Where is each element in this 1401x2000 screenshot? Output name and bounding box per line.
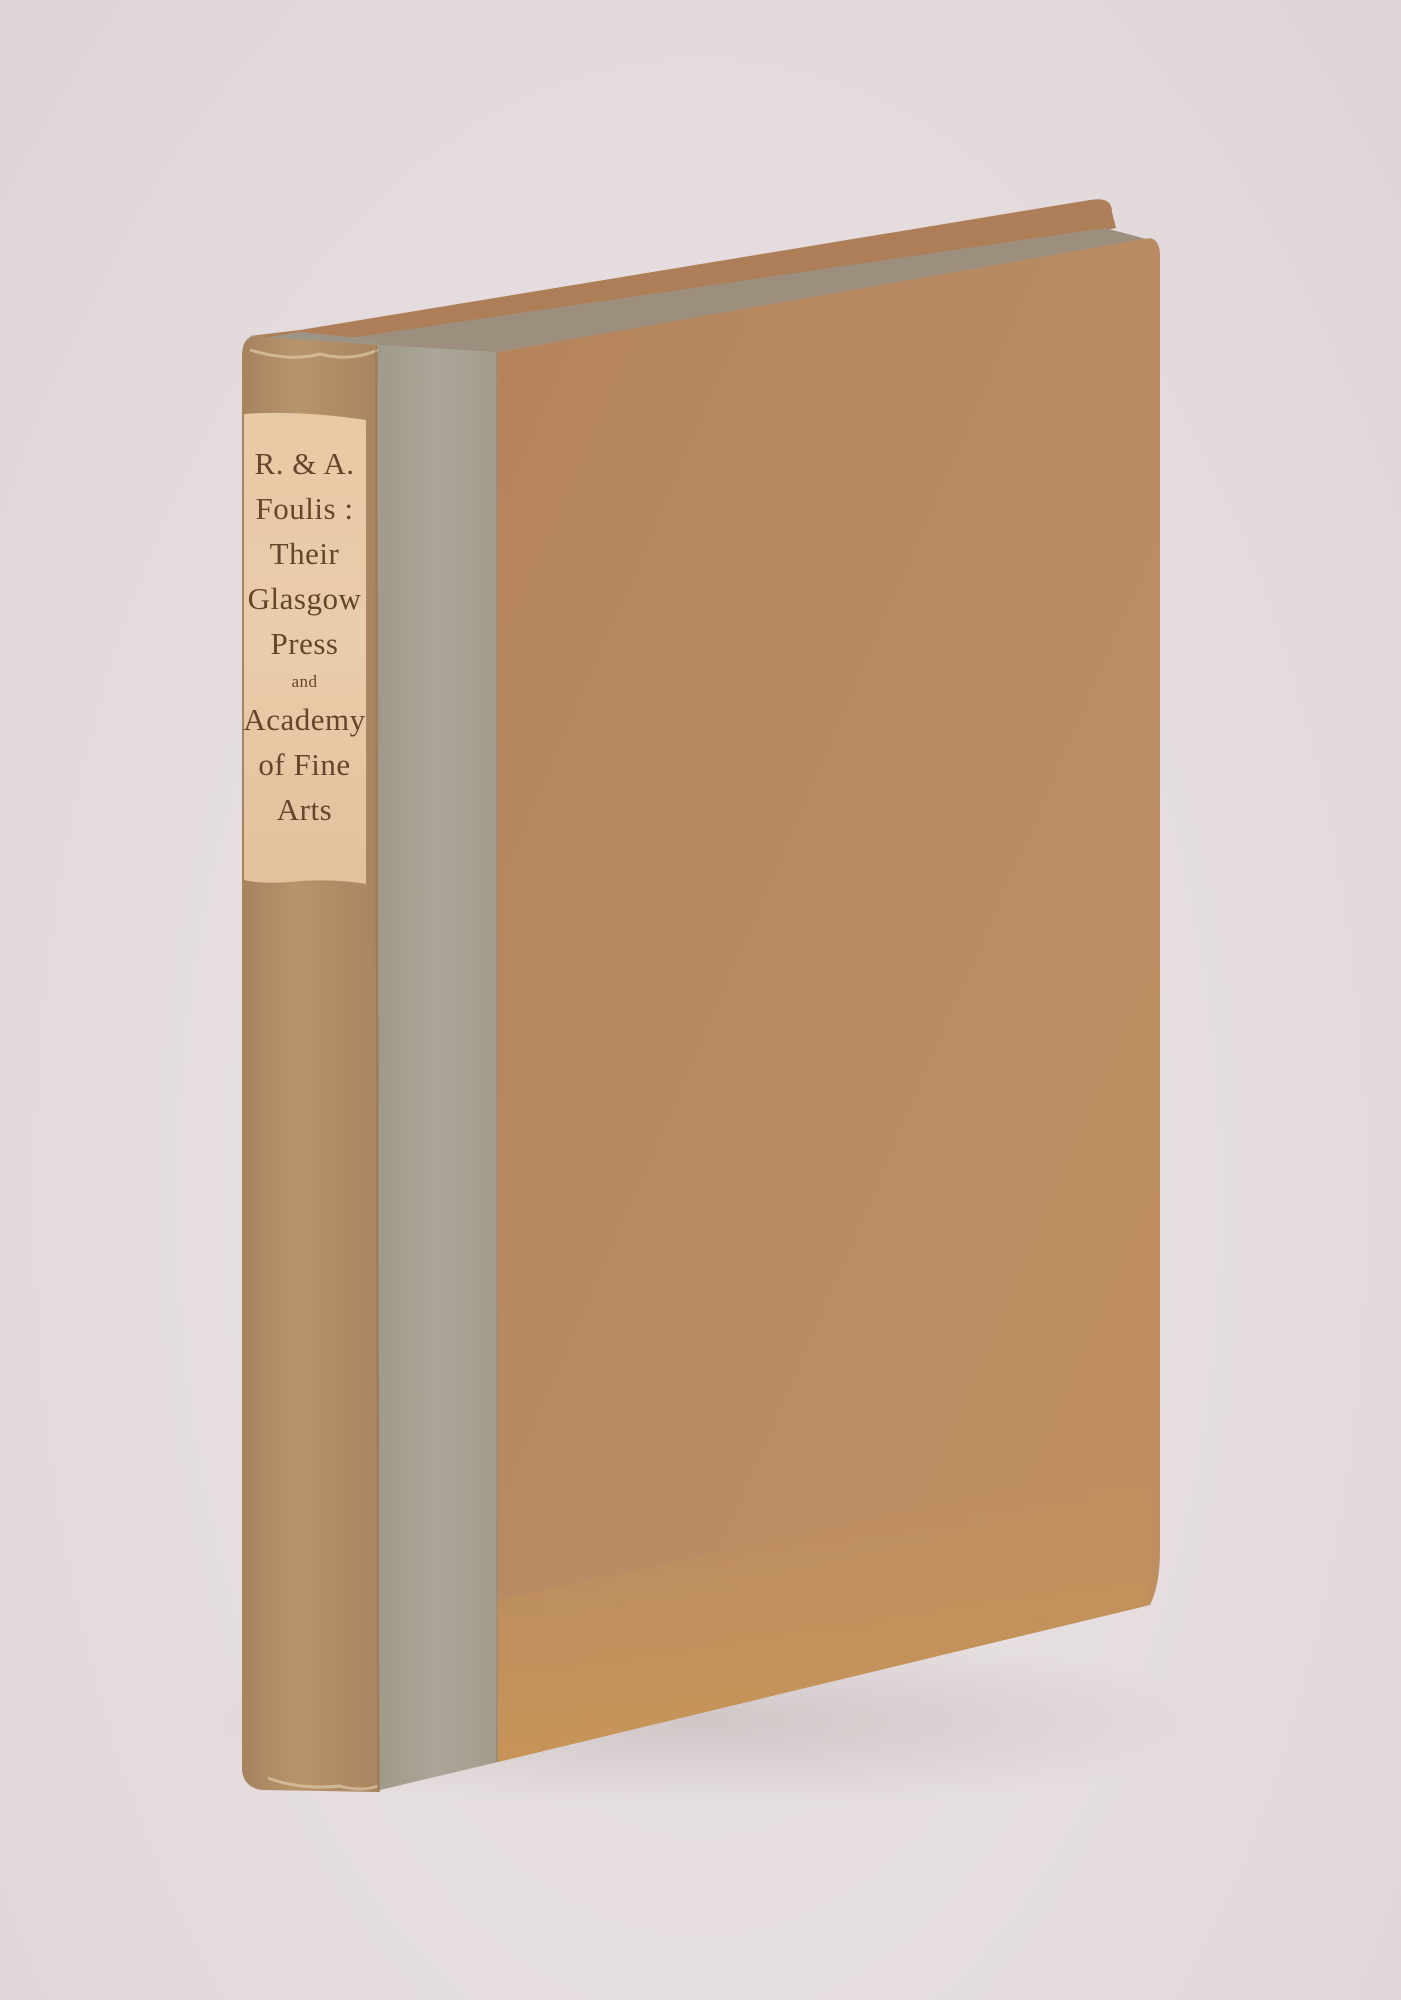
spine-label-line-6: and [291,673,317,690]
spine-label: R. & A. Foulis : Their Glasgow Press and… [243,414,366,884]
spine-label-line-1: R. & A. [255,448,355,479]
book-photo: R. & A. Foulis : Their Glasgow Press and… [0,0,1401,2000]
spine-label-line-5: Press [271,628,339,659]
spine-label-line-4: Glasgow [248,583,362,614]
spine-label-line-3: Their [270,538,340,569]
spine-label-line-9: Arts [277,794,332,825]
book [0,0,1401,2000]
spine-label-line-2: Foulis : [256,493,354,524]
spine-label-line-7: Academy [243,704,365,735]
cloth-joint-band [378,345,498,1790]
spine-label-line-8: of Fine [258,749,350,780]
